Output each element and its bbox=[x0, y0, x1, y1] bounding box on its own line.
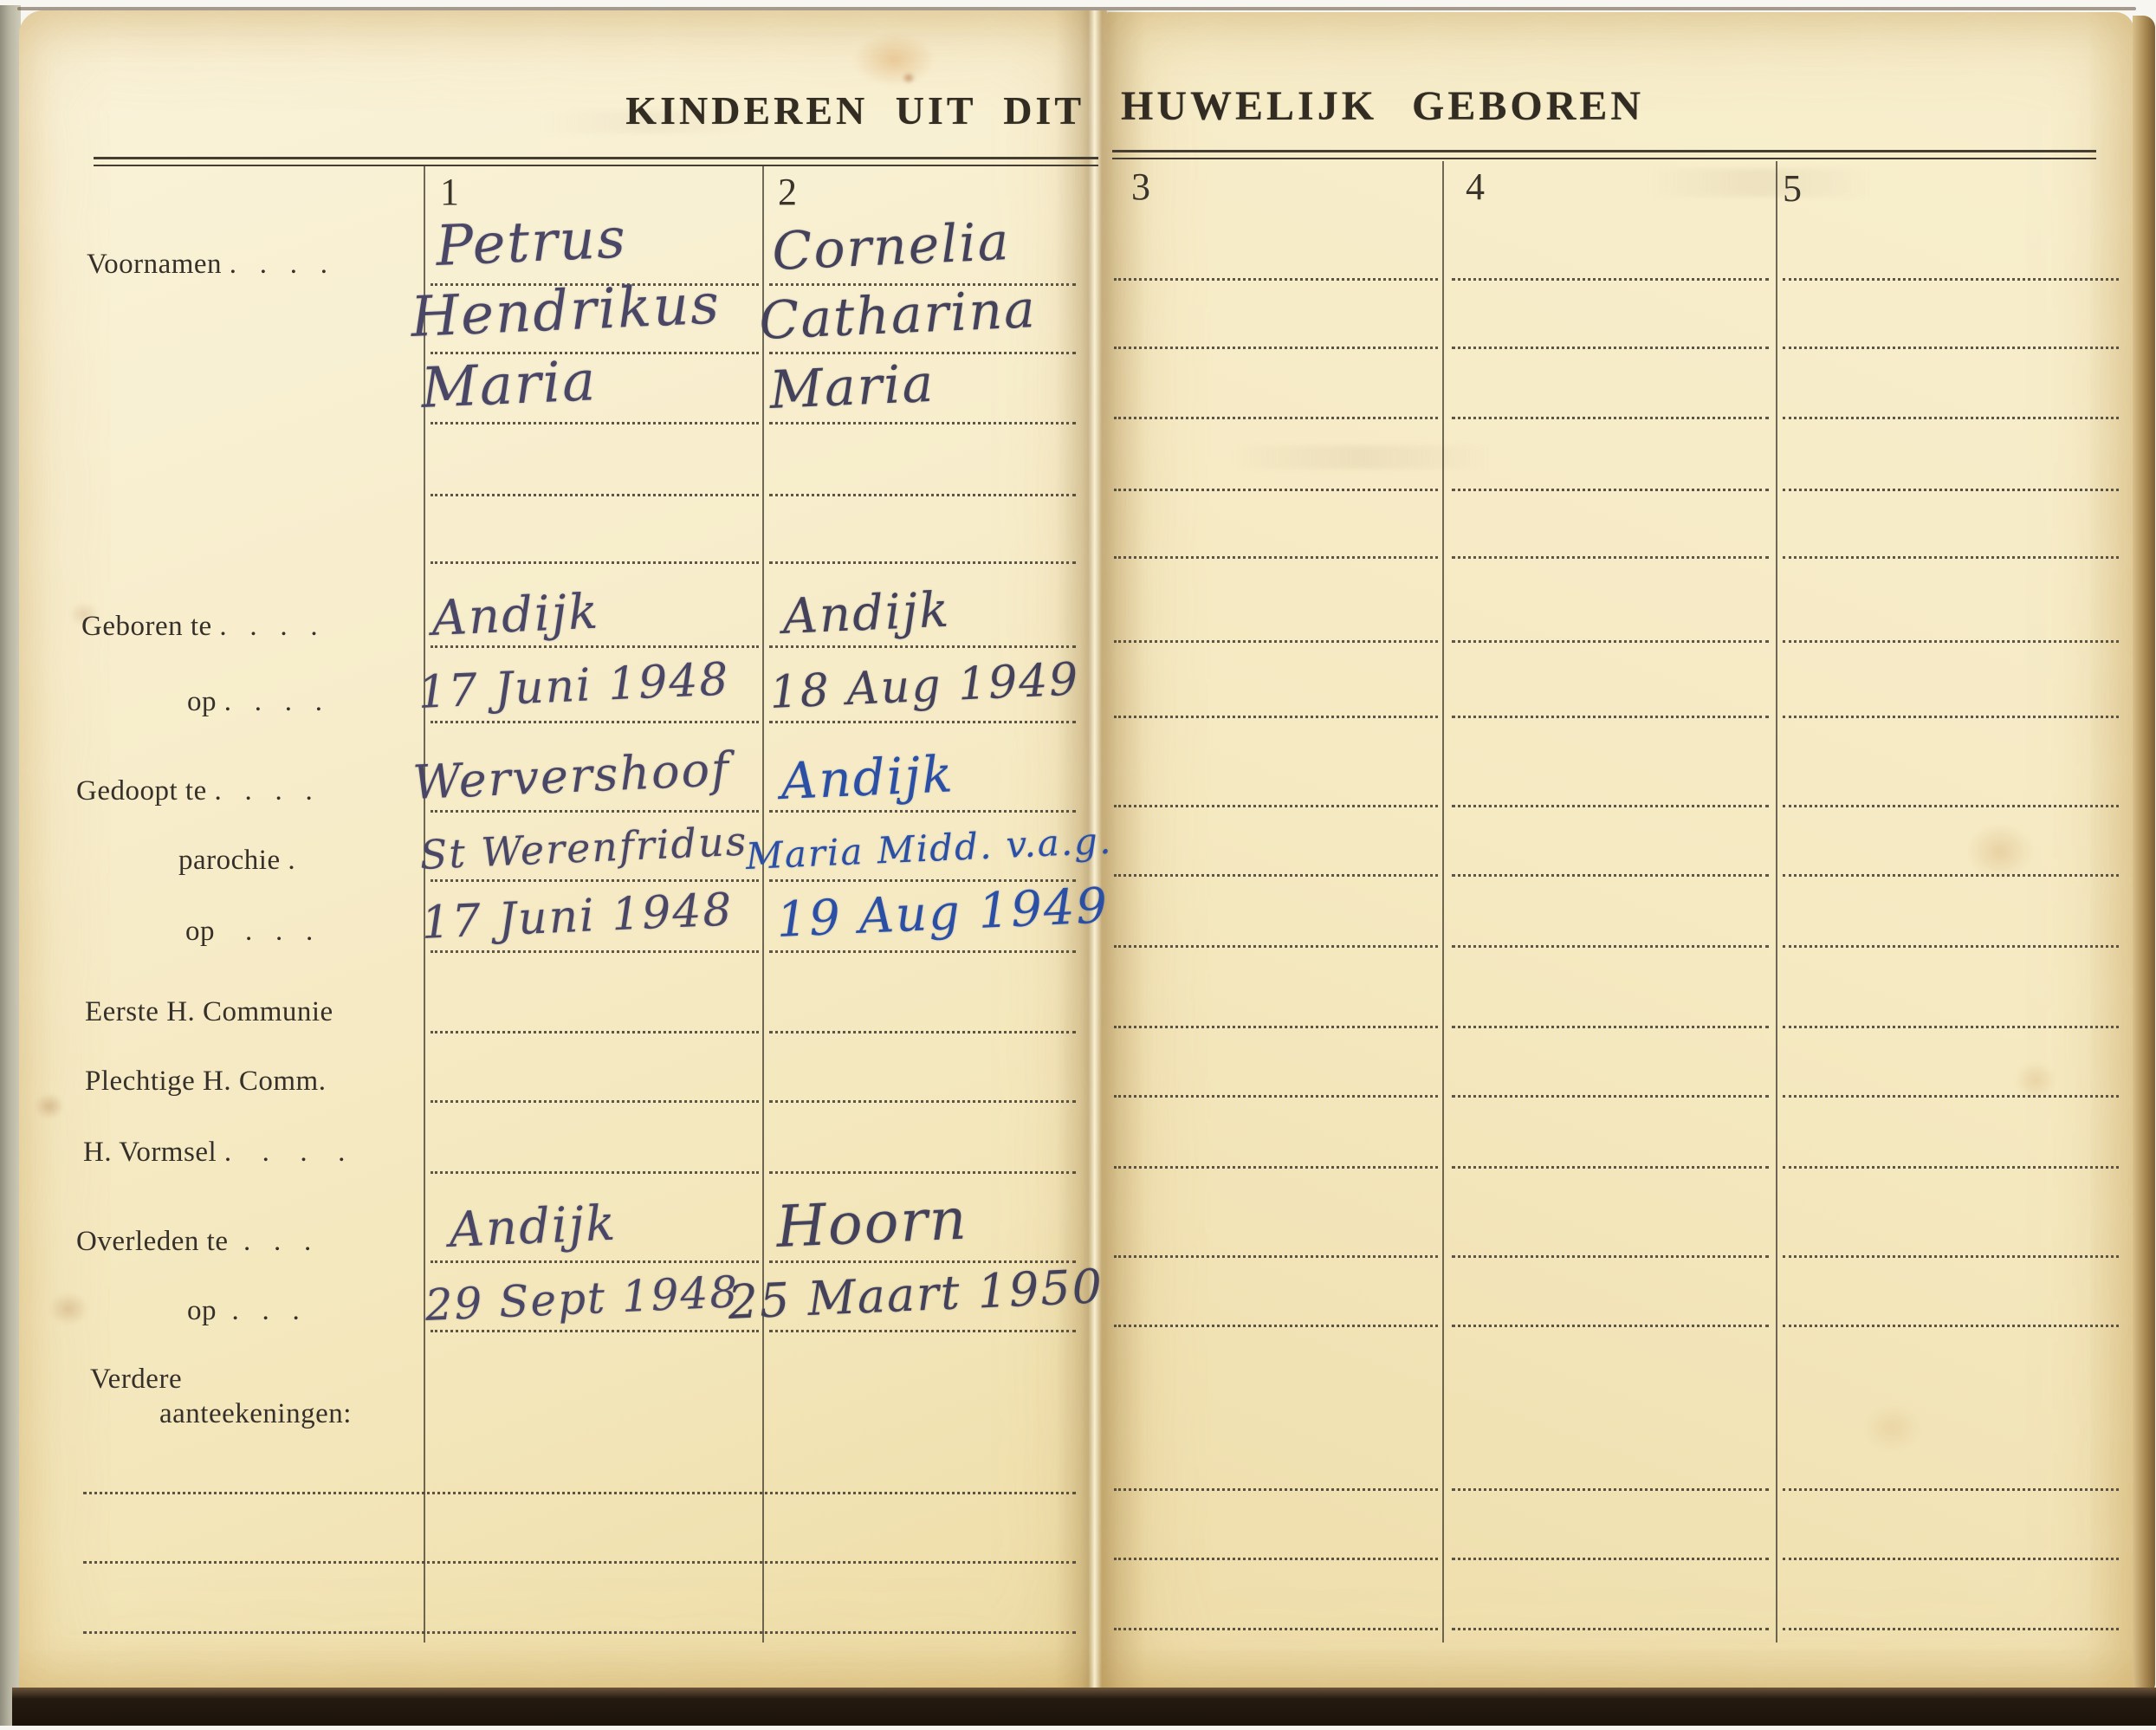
dotted-writing-line bbox=[1783, 489, 2119, 491]
ink-bleed-mark bbox=[1646, 169, 1871, 197]
page-title-left-part: KINDEREN UIT DIT bbox=[346, 87, 1084, 133]
dotted-writing-line bbox=[1114, 556, 1438, 559]
dotted-writing-line bbox=[431, 1330, 759, 1332]
dotted-writing-line bbox=[1114, 640, 1438, 643]
column-divider-line bbox=[1776, 161, 1777, 1643]
label-geboren-op: op . . . . bbox=[187, 686, 323, 718]
dotted-writing-line bbox=[1114, 1325, 1438, 1327]
dotted-writing-line bbox=[1452, 805, 1769, 807]
header-double-rule-left bbox=[94, 157, 1098, 166]
family-register-book-spread: KINDEREN UIT DIT HUWELIJK GEBOREN 1 2 3 … bbox=[0, 0, 2156, 1730]
dotted-writing-line bbox=[1783, 1166, 2119, 1169]
dotted-writing-line bbox=[1783, 556, 2119, 559]
dotted-writing-line bbox=[1783, 640, 2119, 643]
dotted-writing-line bbox=[431, 561, 759, 564]
dotted-writing-line bbox=[1452, 716, 1769, 718]
dotted-writing-line bbox=[1452, 1026, 1769, 1028]
dotted-writing-line bbox=[431, 879, 759, 882]
dotted-writing-line bbox=[1783, 1026, 2119, 1028]
dotted-writing-line bbox=[769, 645, 1076, 648]
label-overleden-op: op . . . bbox=[187, 1295, 300, 1327]
label-aanteekeningen: aanteekeningen: bbox=[159, 1398, 352, 1430]
dotted-writing-line bbox=[769, 1330, 1076, 1332]
label-gedoopt-op: op . . . bbox=[185, 916, 314, 948]
page-stack-edge bbox=[2133, 16, 2155, 1693]
label-plechtige-comm: Plechtige H. Comm. bbox=[85, 1066, 326, 1098]
header-double-rule-right bbox=[1112, 150, 2096, 159]
column-divider-line bbox=[762, 166, 764, 1643]
paper-stain bbox=[1966, 823, 2034, 880]
dotted-writing-line bbox=[769, 1100, 1076, 1103]
dotted-writing-line bbox=[1783, 1628, 2119, 1630]
dotted-writing-line bbox=[83, 1492, 1076, 1494]
entry-child2-overleden-te: Hoorn bbox=[775, 1185, 969, 1260]
dotted-writing-line bbox=[1452, 417, 1769, 419]
entry-child1-voornaam-3: Maria bbox=[420, 349, 599, 421]
dotted-writing-line bbox=[1452, 874, 1769, 877]
entry-child2-voornaam-3: Maria bbox=[768, 353, 936, 421]
dotted-writing-line bbox=[1452, 556, 1769, 559]
entry-child1-voornaam-1: Petrus bbox=[435, 206, 628, 279]
label-eerste-communie: Eerste H. Communie bbox=[85, 996, 333, 1028]
page-title-right-part: HUWELIJK GEBOREN bbox=[1121, 82, 1644, 130]
dotted-writing-line bbox=[1114, 1255, 1438, 1258]
dotted-writing-line bbox=[431, 1171, 759, 1174]
dotted-writing-line bbox=[83, 1631, 1076, 1634]
bottom-book-edge bbox=[12, 1688, 2156, 1726]
dotted-writing-line bbox=[431, 645, 759, 648]
dotted-writing-line bbox=[431, 1100, 759, 1103]
dotted-writing-line bbox=[1452, 1095, 1769, 1098]
dotted-writing-line bbox=[1783, 1255, 2119, 1258]
dotted-writing-line bbox=[1114, 805, 1438, 807]
dotted-writing-line bbox=[1452, 1255, 1769, 1258]
label-geboren-te: Geboren te . . . . bbox=[81, 611, 318, 643]
dotted-writing-line bbox=[1452, 1628, 1769, 1630]
dotted-writing-line bbox=[769, 721, 1076, 723]
dotted-writing-line bbox=[1114, 278, 1438, 281]
ink-bleed-mark bbox=[1230, 446, 1490, 469]
column-divider-line bbox=[1442, 161, 1444, 1643]
paper-stain bbox=[2014, 1061, 2057, 1099]
dotted-writing-line bbox=[1783, 1488, 2119, 1491]
dotted-writing-line bbox=[1114, 716, 1438, 718]
paper-stain bbox=[35, 1093, 64, 1119]
dotted-writing-line bbox=[1452, 1166, 1769, 1169]
dotted-writing-line bbox=[769, 561, 1076, 564]
dotted-writing-line bbox=[1452, 640, 1769, 643]
dotted-writing-line bbox=[1114, 417, 1438, 419]
dotted-writing-line bbox=[431, 810, 759, 813]
dotted-writing-line bbox=[1114, 874, 1438, 877]
column-number-2: 2 bbox=[778, 170, 797, 214]
dotted-writing-line bbox=[769, 950, 1076, 953]
entry-child1-overleden-te: Andijk bbox=[448, 1195, 618, 1259]
dotted-writing-line bbox=[1452, 347, 1769, 349]
column-number-4: 4 bbox=[1466, 165, 1485, 209]
dotted-writing-line bbox=[83, 1561, 1076, 1564]
dotted-writing-line bbox=[431, 721, 759, 723]
dotted-writing-line bbox=[1452, 945, 1769, 948]
dotted-writing-line bbox=[1114, 1026, 1438, 1028]
dotted-writing-line bbox=[1783, 874, 2119, 877]
label-parochie: parochie . bbox=[178, 845, 295, 877]
paper-stain bbox=[1862, 1403, 1923, 1452]
column-number-3: 3 bbox=[1131, 165, 1150, 209]
entry-child2-voornaam-1: Cornelia bbox=[771, 211, 1012, 282]
dotted-writing-line bbox=[1114, 945, 1438, 948]
label-overleden-te: Overleden te . . . bbox=[76, 1226, 312, 1258]
dotted-writing-line bbox=[1114, 347, 1438, 349]
dotted-writing-line bbox=[1452, 278, 1769, 281]
dotted-writing-line bbox=[1114, 1095, 1438, 1098]
label-vormsel: H. Vormsel . . . . bbox=[83, 1137, 346, 1169]
dotted-writing-line bbox=[1114, 489, 1438, 491]
dotted-writing-line bbox=[1783, 805, 2119, 807]
dotted-writing-line bbox=[1114, 1628, 1438, 1630]
label-voornamen: Voornamen . . . . bbox=[87, 249, 328, 281]
dotted-writing-line bbox=[769, 810, 1076, 813]
column-number-5: 5 bbox=[1783, 166, 1802, 211]
dotted-writing-line bbox=[1783, 1558, 2119, 1560]
entry-child2-geboren-te: Andijk bbox=[781, 582, 951, 645]
dotted-writing-line bbox=[1114, 1166, 1438, 1169]
dotted-writing-line bbox=[431, 494, 759, 496]
dotted-writing-line bbox=[1783, 1325, 2119, 1327]
paper-stain bbox=[903, 73, 915, 83]
dotted-writing-line bbox=[431, 1031, 759, 1033]
dotted-writing-line bbox=[1452, 1558, 1769, 1560]
dotted-writing-line bbox=[1783, 945, 2119, 948]
dotted-writing-line bbox=[1452, 1488, 1769, 1491]
dotted-writing-line bbox=[1114, 1558, 1438, 1560]
dotted-writing-line bbox=[769, 1031, 1076, 1033]
dotted-writing-line bbox=[1452, 1325, 1769, 1327]
dotted-writing-line bbox=[431, 422, 759, 424]
entry-child1-geboren-te: Andijk bbox=[431, 584, 600, 647]
entry-child2-voornaam-2: Catharina bbox=[758, 279, 1038, 352]
label-verdere: Verdere bbox=[90, 1364, 182, 1396]
entry-child1-voornaam-2: Hendrikus bbox=[410, 272, 722, 350]
dotted-writing-line bbox=[1783, 417, 2119, 419]
dotted-writing-line bbox=[1783, 278, 2119, 281]
paper-stain bbox=[853, 33, 936, 87]
dotted-writing-line bbox=[1114, 1488, 1438, 1491]
paper-stain bbox=[49, 1293, 88, 1325]
label-gedoopt-te: Gedoopt te . . . . bbox=[76, 775, 313, 807]
dotted-writing-line bbox=[769, 494, 1076, 496]
entry-child2-gedoopt-te: Andijk bbox=[780, 744, 955, 811]
dotted-writing-line bbox=[769, 1171, 1076, 1174]
column-number-1: 1 bbox=[440, 170, 459, 214]
dotted-writing-line bbox=[1783, 716, 2119, 718]
book-cover-edge bbox=[0, 5, 21, 1726]
dotted-writing-line bbox=[1452, 489, 1769, 491]
dotted-writing-line bbox=[1783, 347, 2119, 349]
dotted-writing-line bbox=[431, 950, 759, 953]
dotted-writing-line bbox=[431, 1260, 759, 1263]
dotted-writing-line bbox=[769, 422, 1076, 424]
dotted-writing-line bbox=[1783, 1095, 2119, 1098]
